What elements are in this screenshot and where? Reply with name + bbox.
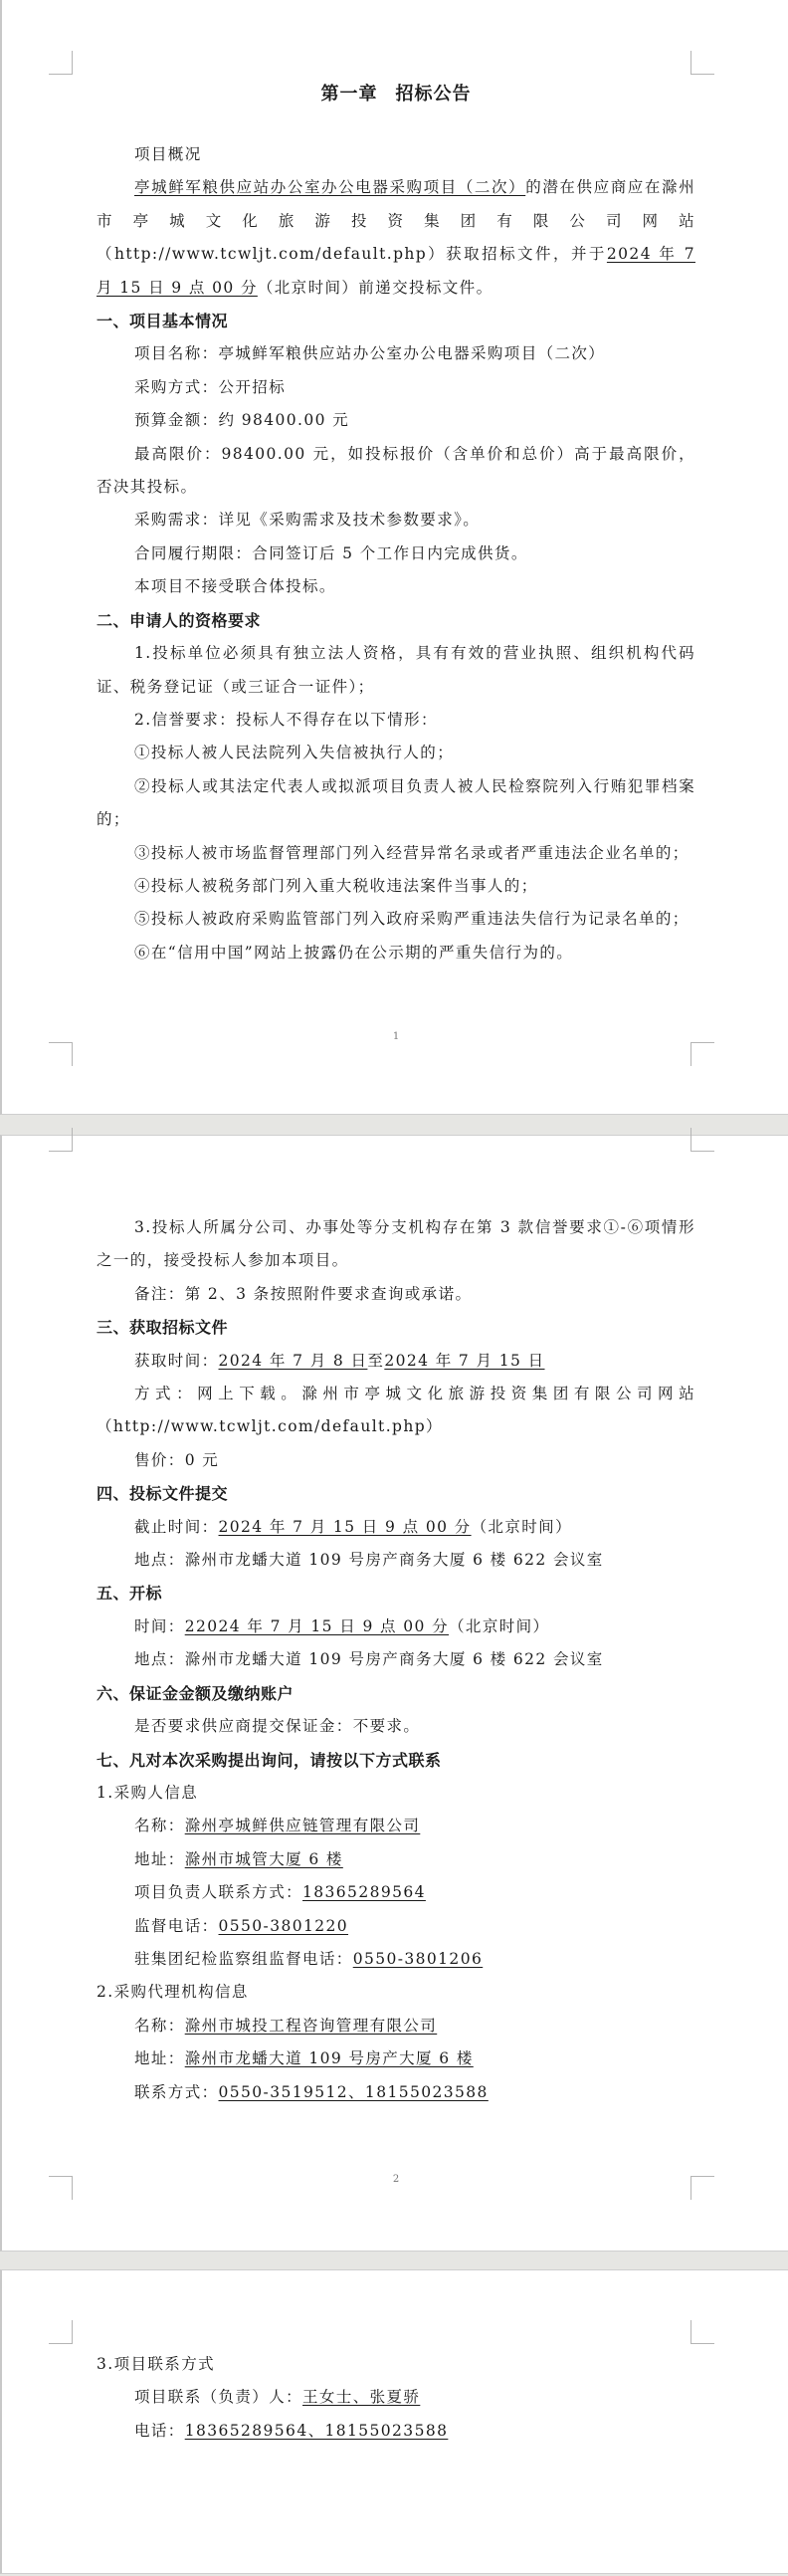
buyer-name: 名称：滁州亭城鲜供应链管理有限公司 <box>97 1810 695 1842</box>
project-contact-person-value: 王女士、张夏骄 <box>302 2388 420 2406</box>
chapter-title: 第一章招标公告 <box>2 79 788 110</box>
supervision-phone: 监督电话：0550-3801220 <box>97 1910 695 1943</box>
contract-period: 合同履行期限：合同签订后 5 个工作日内完成供货。 <box>97 537 695 570</box>
project-contact-person-label: 项目联系（负责）人： <box>134 2388 302 2406</box>
credit-condition-6: ⑥在“信用中国”网站上披露仍在公示期的严重失信行为的。 <box>97 937 695 969</box>
project-contact-phone-value: 18365289564、18155023588 <box>185 2422 449 2440</box>
page-1-body: 项目概况 亭城鲜军粮供应站办公室办公电器采购项目（二次）的潜在供应商应在滁州市亭… <box>97 138 695 969</box>
chapter-name: 招标公告 <box>396 84 472 105</box>
buyer-name-label: 名称： <box>134 1817 185 1834</box>
section-heading-1: 一、项目基本情况 <box>97 305 695 337</box>
opening-time: 时间：22024 年 7 月 15 日 9 点 00 分（北京时间） <box>97 1610 695 1643</box>
agency-address-label: 地址： <box>134 2049 185 2067</box>
margin-corner-mark <box>49 2320 73 2344</box>
margin-corner-mark <box>690 1128 714 1152</box>
agency-name-label: 名称： <box>134 2017 185 2035</box>
discipline-phone-value: 0550-3801206 <box>353 1950 484 1968</box>
submission-deadline-label: 截止时间： <box>134 1518 219 1536</box>
page-number: 2 <box>2 2174 788 2185</box>
buyer-contact-value: 18365289564 <box>302 1883 426 1901</box>
discipline-phone: 驻集团纪检监察组监督电话：0550-3801206 <box>97 1943 695 1976</box>
budget-amount: 预算金额：约 98400.00 元 <box>97 404 695 437</box>
section-heading-6: 六、保证金金额及缴纳账户 <box>97 1677 695 1710</box>
opening-time-value: 22024 年 7 月 15 日 9 点 00 分 <box>185 1617 449 1635</box>
agency-name-value: 滁州市城投工程咨询管理有限公司 <box>185 2017 438 2035</box>
section-heading-2: 二、申请人的资格要求 <box>97 604 695 637</box>
agency-contact: 联系方式：0550-3519512、18155023588 <box>97 2076 695 2109</box>
max-price: 最高限价：98400.00 元，如投标报价（含单价和总价）高于最高限价，否决其投… <box>97 438 695 505</box>
page-3-body: 3.项目联系方式 项目联系（负责）人：王女士、张夏骄 电话：1836528956… <box>97 2348 695 2448</box>
acquire-time-label: 获取时间： <box>134 1352 219 1370</box>
credit-condition-4: ④投标人被税务部门列入重大税收违法案件当事人的； <box>97 870 695 903</box>
qualification-item-2: 2.信誉要求：投标人不得存在以下情形： <box>97 704 695 737</box>
acquire-time-start: 2024 年 7 月 8 日 <box>219 1352 368 1370</box>
margin-corner-mark <box>690 2320 714 2344</box>
agency-info-heading: 2.采购代理机构信息 <box>97 1976 695 2009</box>
project-contact-heading: 3.项目联系方式 <box>97 2348 695 2381</box>
agency-address: 地址：滁州市龙蟠大道 109 号房产大厦 6 楼 <box>97 2042 695 2075</box>
intro-paragraph: 亭城鲜军粮供应站办公室办公电器采购项目（二次）的潜在供应商应在滁州市亭城文化旅游… <box>97 171 695 305</box>
overview-label: 项目概况 <box>97 138 695 171</box>
page-number: 1 <box>2 1031 788 1042</box>
acquire-time: 获取时间：2024 年 7 月 8 日至2024 年 7 月 15 日 <box>97 1345 695 1378</box>
margin-corner-mark <box>49 2176 73 2200</box>
credit-condition-5: ⑤投标人被政府采购监管部门列入政府采购严重违法失信行为记录名单的； <box>97 903 695 936</box>
buyer-address-value: 滁州市城管大厦 6 楼 <box>185 1850 343 1868</box>
acquire-method: 方式：网上下载。滁州市亭城文化旅游投资集团有限公司网站（http://www.t… <box>97 1378 695 1444</box>
buyer-name-value: 滁州亭城鲜供应链管理有限公司 <box>185 1817 421 1834</box>
project-name-link: 亭城鲜军粮供应站办公室办公电器采购项目（二次） <box>134 178 525 196</box>
agency-address-value: 滁州市龙蟠大道 109 号房产大厦 6 楼 <box>185 2049 474 2067</box>
margin-corner-mark <box>49 1042 73 1066</box>
procurement-method: 采购方式：公开招标 <box>97 371 695 404</box>
page-2-body: 3.投标人所属分公司、办事处等分支机构存在第 3 款信誉要求①-⑥项情形之一的，… <box>97 1211 695 2109</box>
agency-name: 名称：滁州市城投工程咨询管理有限公司 <box>97 2010 695 2042</box>
submission-deadline: 截止时间：2024 年 7 月 15 日 9 点 00 分（北京时间） <box>97 1511 695 1544</box>
opening-time-label: 时间： <box>134 1617 185 1635</box>
submission-deadline-value: 2024 年 7 月 15 日 9 点 00 分 <box>219 1518 472 1536</box>
page-3: 3.项目联系方式 项目联系（负责）人：王女士、张夏骄 电话：1836528956… <box>0 2269 788 2574</box>
page-1: 第一章招标公告 项目概况 亭城鲜军粮供应站办公室办公电器采购项目（二次）的潜在供… <box>0 0 788 1115</box>
discipline-phone-label: 驻集团纪检监察组监督电话： <box>134 1950 353 1968</box>
project-contact-phone-label: 电话： <box>134 2422 185 2440</box>
margin-corner-mark <box>690 51 714 75</box>
margin-corner-mark <box>49 1128 73 1152</box>
margin-corner-mark <box>690 2176 714 2200</box>
credit-condition-3: ③投标人被市场监督管理部门列入经营异常名录或者严重违法企业名单的； <box>97 837 695 870</box>
acquire-time-to: 至 <box>367 1352 384 1370</box>
agency-contact-label: 联系方式： <box>134 2083 219 2101</box>
opening-location: 地点：滁州市龙蟠大道 109 号房产商务大厦 6 楼 622 会议室 <box>97 1643 695 1676</box>
submission-location: 地点：滁州市龙蟠大道 109 号房产商务大厦 6 楼 622 会议室 <box>97 1544 695 1577</box>
supervision-phone-value: 0550-3801220 <box>219 1917 349 1935</box>
acquire-time-end: 2024 年 7 月 15 日 <box>384 1352 544 1370</box>
document-price: 售价：0 元 <box>97 1444 695 1477</box>
chapter-number: 第一章 <box>321 84 378 105</box>
section-heading-4: 四、投标文件提交 <box>97 1477 695 1510</box>
buyer-contact: 项目负责人联系方式：18365289564 <box>97 1876 695 1909</box>
buyer-contact-label: 项目负责人联系方式： <box>134 1883 302 1901</box>
section-heading-7: 七、凡对本次采购提出询问，请按以下方式联系 <box>97 1744 695 1777</box>
section-heading-3: 三、获取招标文件 <box>97 1311 695 1344</box>
qualification-note: 备注：第 2、3 条按照附件要求查询或承诺。 <box>97 1278 695 1311</box>
project-contact-person: 项目联系（负责）人：王女士、张夏骄 <box>97 2381 695 2414</box>
margin-corner-mark <box>49 51 73 75</box>
agency-contact-value: 0550-3519512、18155023588 <box>219 2083 489 2101</box>
project-contact-phone: 电话：18365289564、18155023588 <box>97 2415 695 2448</box>
qualification-item-3: 3.投标人所属分公司、办事处等分支机构存在第 3 款信誉要求①-⑥项情形之一的，… <box>97 1211 695 1278</box>
buyer-address: 地址：滁州市城管大厦 6 楼 <box>97 1843 695 1876</box>
intro-text-end: （北京时间）前递交投标文件。 <box>258 279 493 297</box>
credit-condition-1: ①投标人被人民法院列入失信被执行人的； <box>97 737 695 769</box>
credit-condition-2: ②投标人或其法定代表人或拟派项目负责人被人民检察院列入行贿犯罪档案的； <box>97 770 695 837</box>
section-heading-5: 五、开标 <box>97 1577 695 1610</box>
page-2: 3.投标人所属分公司、办事处等分支机构存在第 3 款信誉要求①-⑥项情形之一的，… <box>0 1135 788 2252</box>
deposit-requirement: 是否要求供应商提交保证金：不要求。 <box>97 1710 695 1743</box>
procurement-requirements: 采购需求：详见《采购需求及技术参数要求》。 <box>97 504 695 537</box>
consortium-note: 本项目不接受联合体投标。 <box>97 570 695 603</box>
margin-corner-mark <box>690 1042 714 1066</box>
buyer-info-heading: 1.采购人信息 <box>97 1777 695 1810</box>
supervision-phone-label: 监督电话： <box>134 1917 219 1935</box>
opening-time-tz: （北京时间） <box>449 1617 549 1635</box>
qualification-item-1: 1.投标单位必须具有独立法人资格，具有有效的营业执照、组织机构代码证、税务登记证… <box>97 637 695 704</box>
project-name: 项目名称：亭城鲜军粮供应站办公室办公电器采购项目（二次） <box>97 337 695 370</box>
submission-deadline-tz: （北京时间） <box>472 1518 572 1536</box>
buyer-address-label: 地址： <box>134 1850 185 1868</box>
